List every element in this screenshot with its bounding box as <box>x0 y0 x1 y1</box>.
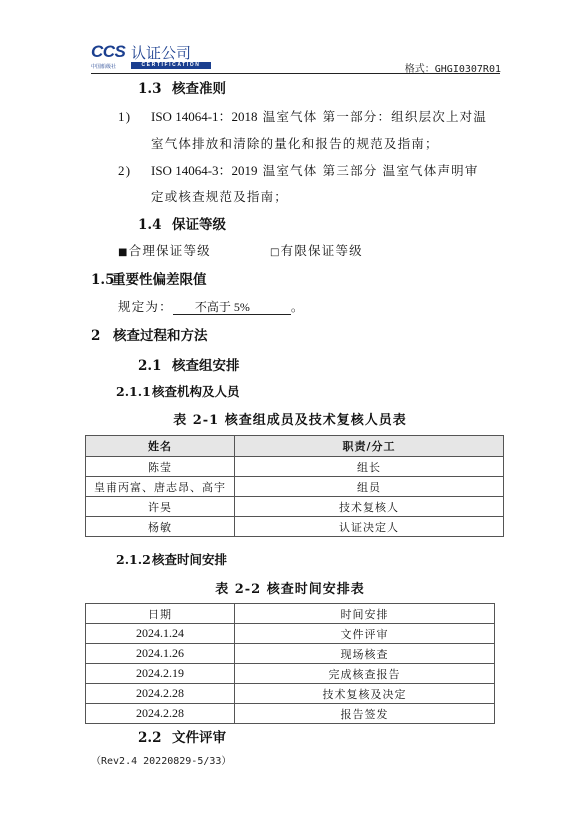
company-logo: CCS 认证公司 CERTIFICATION 中国船级社 <box>91 42 211 68</box>
heading-title: 核查机构及人员 <box>152 384 240 399</box>
list-number: 2) <box>118 163 151 179</box>
cell-date: 2024.1.26 <box>86 644 235 664</box>
heading-2: 2核查过程和方法 <box>91 324 208 344</box>
checkbox-checked-icon: ■ <box>118 247 129 258</box>
heading-title: 核查准则 <box>172 81 226 97</box>
option-label: 有限保证等级 <box>281 243 363 258</box>
table-row: 皇甫丙富、唐志昂、高宇 组员 <box>86 477 504 497</box>
criteria-item-1: 1)ISO 14064-1：2018 温室气体 第一部分：组织层次上对温 <box>118 106 487 125</box>
logo-subtitle: 中国船级社 <box>91 63 116 70</box>
table-row: 2024.2.28 技术复核及决定 <box>86 684 495 704</box>
cell-name: 许昊 <box>86 497 235 517</box>
heading-2-2: 2.2文件评审 <box>138 726 226 746</box>
table-row: 杨敏 认证决定人 <box>86 517 504 537</box>
logo-chinese-text: 认证公司 <box>131 42 191 63</box>
team-members-table: 姓名 职责/分工 陈莹 组长 皇甫丙富、唐志昂、高宇 组员 许昊 技术复核人 杨… <box>85 435 504 537</box>
heading-title: 核查过程和方法 <box>113 328 208 344</box>
cell-activity: 报告签发 <box>235 704 495 724</box>
heading-title: 保证等级 <box>172 217 226 233</box>
cell-role: 组员 <box>235 477 504 497</box>
cell-activity: 现场核查 <box>235 644 495 664</box>
cell-name: 皇甫丙富、唐志昂、高宇 <box>86 477 235 497</box>
standard-title: 温室气体 第一部分：组织层次上对温 <box>258 109 488 124</box>
standard-title: 温室气体 第三部分 温室气体声明审 <box>258 163 479 178</box>
table-1-caption: 表 2-1 核查组成员及技术复核人员表 <box>85 409 495 428</box>
header-divider <box>91 73 500 74</box>
heading-1-3: 1.3核查准则 <box>138 77 226 97</box>
table-row: 2024.2.28 报告签发 <box>86 704 495 724</box>
schedule-table: 日期 时间安排 2024.1.24 文件评审 2024.1.26 现场核查 20… <box>85 603 495 724</box>
heading-1-4: 1.4保证等级 <box>138 213 226 233</box>
cell-name: 杨敏 <box>86 517 235 537</box>
heading-number: 2.1 <box>138 358 172 374</box>
standard-code: ISO 14064-1：2018 <box>151 109 258 124</box>
cell-activity: 文件评审 <box>235 624 495 644</box>
heading-title: 文件评审 <box>172 730 226 746</box>
cell-role: 组长 <box>235 457 504 477</box>
heading-number: 1.3 <box>138 81 172 97</box>
heading-number: 1.4 <box>138 217 172 233</box>
cell-date: 2024.2.28 <box>86 704 235 724</box>
materiality-prefix: 规定为： <box>118 299 173 314</box>
heading-number: 2.1.1 <box>116 384 152 399</box>
table-row: 2024.1.24 文件评审 <box>86 624 495 644</box>
heading-2-1: 2.1核查组安排 <box>138 354 240 374</box>
table-header-row: 姓名 职责/分工 <box>86 436 504 457</box>
list-number: 1) <box>118 109 151 125</box>
heading-title: 核查时间安排 <box>152 552 227 567</box>
table-2-caption: 表 2-2 核查时间安排表 <box>85 578 495 597</box>
criteria-item-2: 2)ISO 14064-3：2019 温室气体 第三部分 温室气体声明审 <box>118 160 479 179</box>
logo-ccs-text: CCS <box>91 42 125 62</box>
heading-number: 2 <box>91 328 113 344</box>
cell-date: 2024.2.28 <box>86 684 235 704</box>
cell-name: 陈莹 <box>86 457 235 477</box>
column-header-schedule: 时间安排 <box>235 604 495 624</box>
cell-activity: 技术复核及决定 <box>235 684 495 704</box>
logo-certification-bar: CERTIFICATION <box>131 62 211 69</box>
page-footer: （Rev2.4 20220829-5/33） <box>91 752 231 767</box>
heading-number: 1.5 <box>91 272 112 288</box>
standard-code: ISO 14064-3：2019 <box>151 163 258 178</box>
materiality-value: 不高于 5% <box>173 301 291 315</box>
materiality-statement: 规定为：不高于 5%。 <box>118 297 305 315</box>
assurance-option-reasonable[interactable]: ■合理保证等级 <box>118 241 211 259</box>
table-header-row: 日期 时间安排 <box>86 604 495 624</box>
column-header-name: 姓名 <box>86 436 235 457</box>
column-header-role: 职责/分工 <box>235 436 504 457</box>
option-label: 合理保证等级 <box>129 243 211 258</box>
column-header-date: 日期 <box>86 604 235 624</box>
cell-date: 2024.2.19 <box>86 664 235 684</box>
heading-1-5: 1.5重要性偏差限值 <box>91 268 207 288</box>
table-row: 2024.1.26 现场核查 <box>86 644 495 664</box>
criteria-item-2-cont: 定或核查规范及指南； <box>151 187 288 205</box>
heading-number: 2.1.2 <box>116 552 152 567</box>
heading-title: 核查组安排 <box>172 358 240 374</box>
cell-role: 技术复核人 <box>235 497 504 517</box>
cell-role: 认证决定人 <box>235 517 504 537</box>
heading-2-1-2: 2.1.2核查时间安排 <box>116 550 227 568</box>
checkbox-unchecked-icon: □ <box>270 247 281 258</box>
table-row: 许昊 技术复核人 <box>86 497 504 517</box>
assurance-option-limited[interactable]: □有限保证等级 <box>270 241 363 259</box>
heading-2-1-1: 2.1.1核查机构及人员 <box>116 382 240 400</box>
heading-number: 2.2 <box>138 730 172 746</box>
cell-date: 2024.1.24 <box>86 624 235 644</box>
cell-activity: 完成核查报告 <box>235 664 495 684</box>
criteria-item-1-cont: 室气体排放和清除的量化和报告的规范及指南； <box>151 134 439 152</box>
table-row: 陈莹 组长 <box>86 457 504 477</box>
heading-title: 重要性偏差限值 <box>112 272 207 288</box>
table-row: 2024.2.19 完成核查报告 <box>86 664 495 684</box>
materiality-suffix: 。 <box>291 299 305 314</box>
